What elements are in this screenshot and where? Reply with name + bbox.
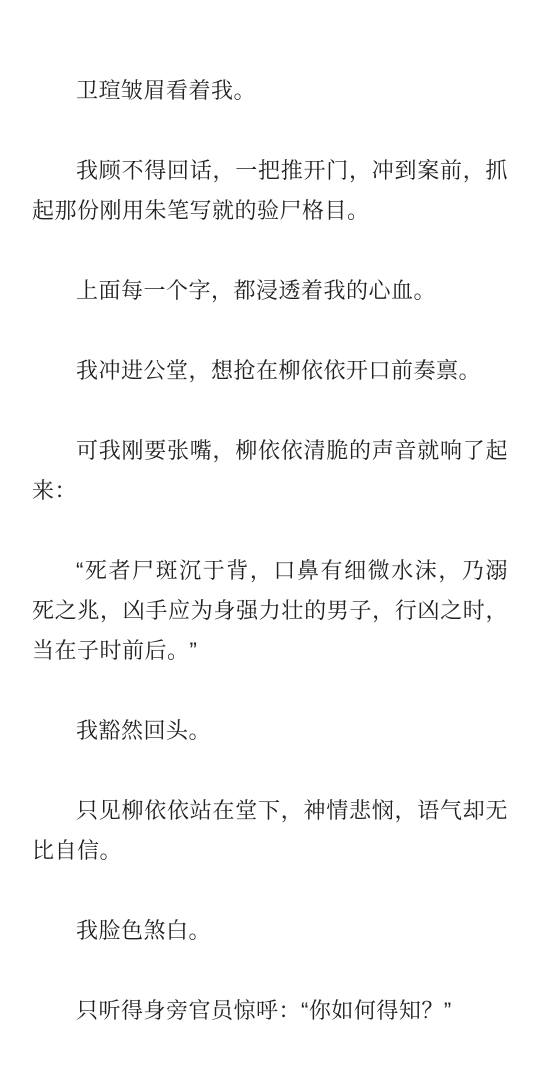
story-paragraph: 我冲进公堂，想抢在柳依依开口前奏禀。: [32, 351, 508, 391]
story-paragraph-quote: 只听得身旁官员惊呼：“你如何得知？”: [32, 991, 508, 1031]
story-paragraph: 可我刚要张嘴，柳依依清脆的声音就响了起来：: [32, 431, 508, 511]
story-paragraph: 我豁然回头。: [32, 711, 508, 751]
story-paragraph: 只见柳依依站在堂下，神情悲悯，语气却无比自信。: [32, 791, 508, 871]
story-paragraph: 上面每一个字，都浸透着我的心血。: [32, 271, 508, 311]
story-paragraph: 卫瑄皱眉看着我。: [32, 71, 508, 111]
story-paragraph: 我顾不得回话，一把推开门，冲到案前，抓起那份刚用朱笔写就的验尸格目。: [32, 151, 508, 231]
story-paragraph: 我脸色煞白。: [32, 911, 508, 951]
reader-page: 卫瑄皱眉看着我。 我顾不得回话，一把推开门，冲到案前，抓起那份刚用朱笔写就的验尸…: [0, 0, 540, 1080]
story-paragraph-quote: “死者尸斑沉于背，口鼻有细微水沫，乃溺死之兆，凶手应为身强力壮的男子，行凶之时，…: [32, 551, 508, 671]
